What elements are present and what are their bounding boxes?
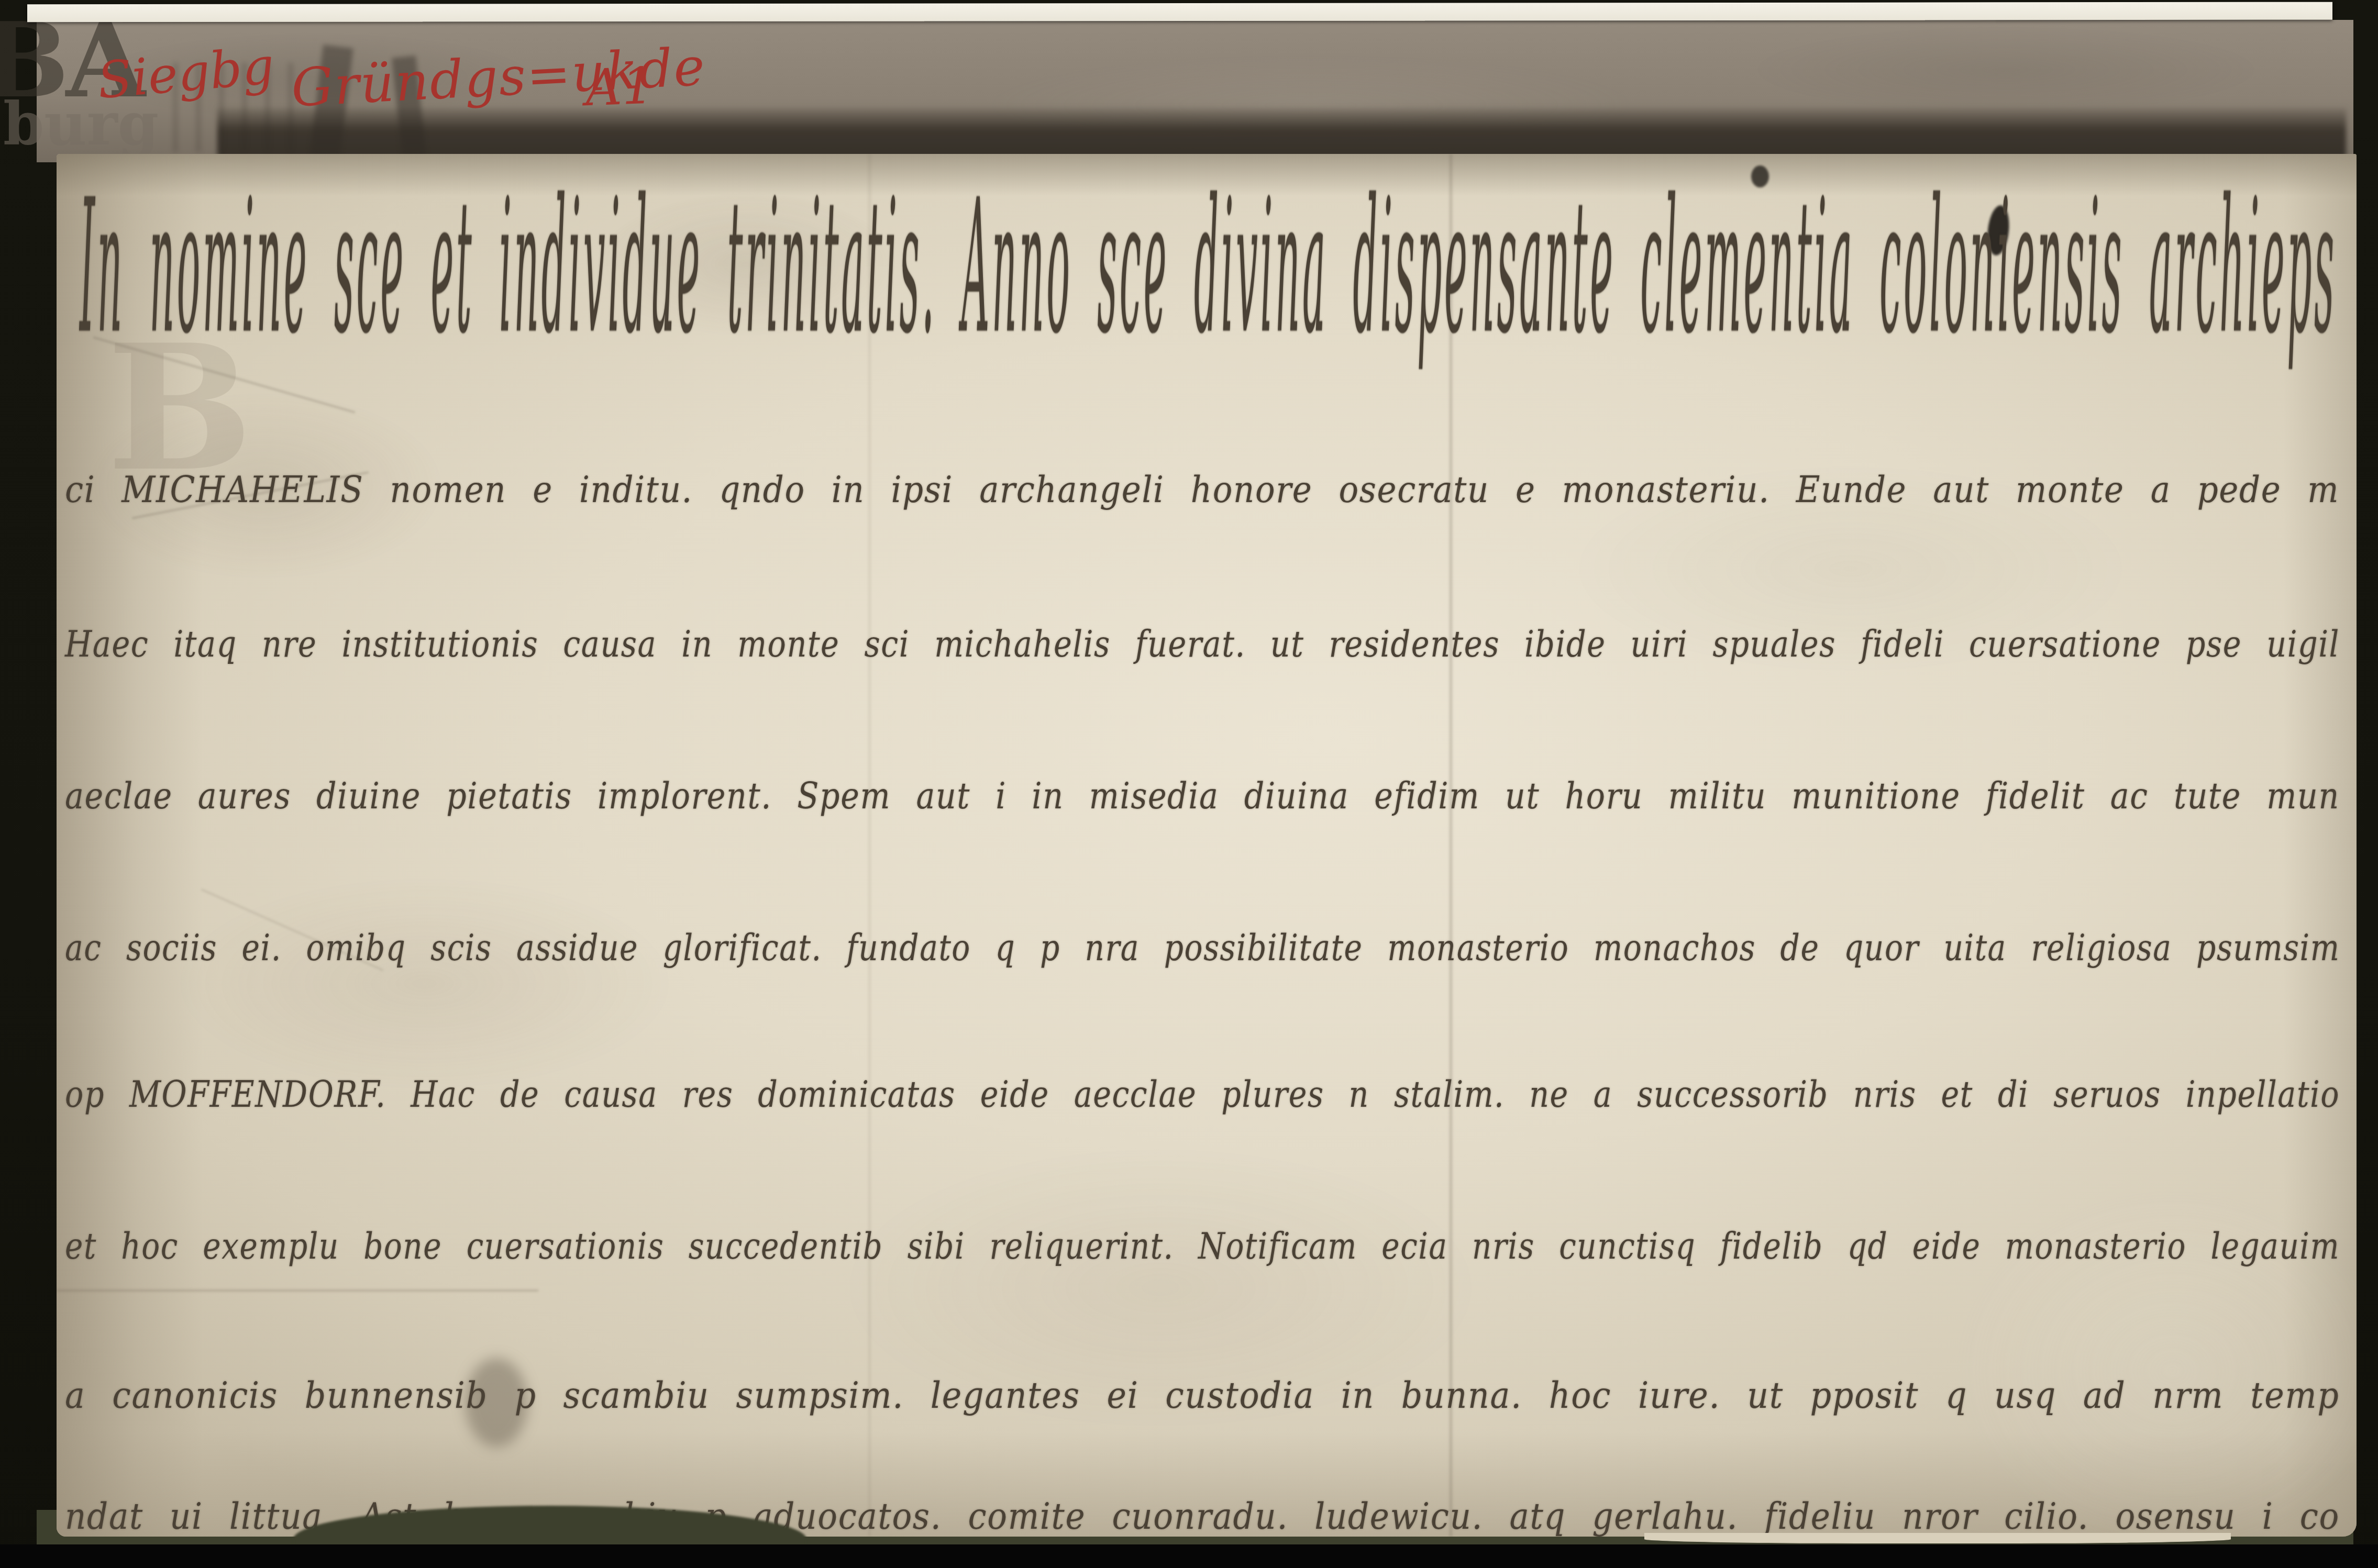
manuscript-line: Haec itaq nre institutionis causa in mon… <box>65 630 2340 666</box>
fold-crease-horizontal <box>57 1289 538 1292</box>
manuscript-invocation-line: In nomine sce et individue trinitatis. A… <box>80 282 2337 360</box>
line-text: et hoc exemplu bone cuersationis succede… <box>65 1225 2340 1269</box>
line-text: op MOFFENDORF. Hac de causa res dominica… <box>65 1073 2340 1117</box>
parchment: B In nomine sce et individue trinitatis.… <box>57 154 2357 1537</box>
line-text: ci MICHAHELIS nomen e inditu. qndo in ip… <box>65 468 2339 512</box>
photo-of-charter: BA burg Siegbg Gründgs=ukde A1 B In nomi… <box>0 0 2378 1568</box>
manuscript-line: a canonicis bunnensib p scambiu sumpsim.… <box>65 1381 2340 1418</box>
line-text: Haec itaq nre institutionis causa in mon… <box>65 622 2340 666</box>
line-text: ac sociis ei. omibq scis assidue glorifi… <box>65 926 2340 970</box>
manuscript-line: aeclae aures diuine pietatis implorent. … <box>65 782 2340 818</box>
shadow-band <box>217 108 2346 158</box>
annotation-word-siegburg: Siegbg <box>95 40 276 106</box>
manuscript-line: ac sociis ei. omibq scis assidue glorifi… <box>65 933 2340 970</box>
invocation-text: In nomine sce et individue trinitatis. A… <box>80 176 2337 361</box>
photo-edge-strip <box>27 2 2332 23</box>
annotation-number: A1 <box>584 61 655 113</box>
manuscript-line: op MOFFENDORF. Hac de causa res dominica… <box>65 1080 2340 1117</box>
parchment-edge-bump <box>1644 1533 2231 1543</box>
line-text: a canonicis bunnensib p scambiu sumpsim.… <box>65 1374 2340 1418</box>
manuscript-line: ci MICHAHELIS nomen e inditu. qndo in ip… <box>65 475 2340 512</box>
bottom-black-bar <box>0 1544 2378 1568</box>
line-text: aeclae aures diuine pietatis implorent. … <box>65 774 2340 818</box>
manuscript-line: et hoc exemplu bone cuersationis succede… <box>65 1232 2340 1269</box>
